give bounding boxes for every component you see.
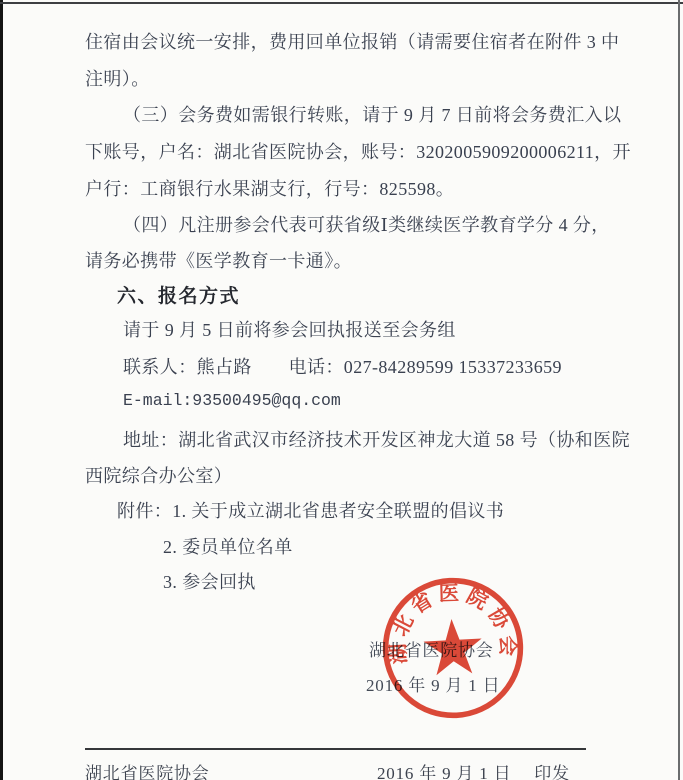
document-page: 住宿由会议统一安排，费用回单位报销（请需要住宿者在附件 3 中 注明）。 （三）… — [0, 0, 683, 780]
scan-edge-left — [0, 0, 3, 780]
attachment-line: 3. 参会回执 — [163, 568, 256, 594]
email-line: E-mail:93500495@qq.com — [123, 391, 341, 410]
footer-issuer: 湖北省医院协会 — [85, 759, 210, 780]
scan-edge-right — [678, 0, 680, 780]
body-line: 注明）。 — [85, 65, 150, 91]
body-line: 请务必携带《医学教育一卡通》。 — [85, 247, 352, 273]
body-line: 户行：工商银行水果湖支行，行号：825598。 — [85, 175, 454, 201]
section-heading: 六、报名方式 — [117, 281, 240, 308]
body-line: （四）凡注册参会代表可获省级Ⅰ类继续医学教育学分 4 分， — [123, 211, 610, 237]
contact-line: 联系人：熊占路 电话：027-84289599 15337233659 — [123, 353, 562, 379]
star-icon — [422, 617, 483, 675]
footer-date: 2016 年 9 月 1 日 印发 — [377, 759, 570, 780]
body-line: 住宿由会议统一安排，费用回单位报销（请需要住宿者在附件 3 中 — [85, 28, 619, 54]
body-line: 请于 9 月 5 日前将参会回执报送至会务组 — [123, 316, 456, 342]
body-line: （三）会务费如需银行转账，请于 9 月 7 日前将会务费汇入以 — [123, 101, 621, 127]
footer-rule — [85, 748, 586, 750]
address-line: 西院综合办公室） — [85, 462, 232, 488]
attachment-line: 2. 委员单位名单 — [163, 533, 293, 559]
official-seal: 湖北省医院协会 — [375, 570, 531, 726]
scan-edge-top — [0, 2, 683, 4]
address-line: 地址：湖北省武汉市经济技术开发区神龙大道 58 号（协和医院 — [123, 426, 630, 452]
attachment-line: 附件：1. 关于成立湖北省患者安全联盟的倡议书 — [117, 497, 504, 523]
body-line: 下账号，户名：湖北省医院协会，账号：3202005909200006211，开 — [85, 138, 631, 164]
